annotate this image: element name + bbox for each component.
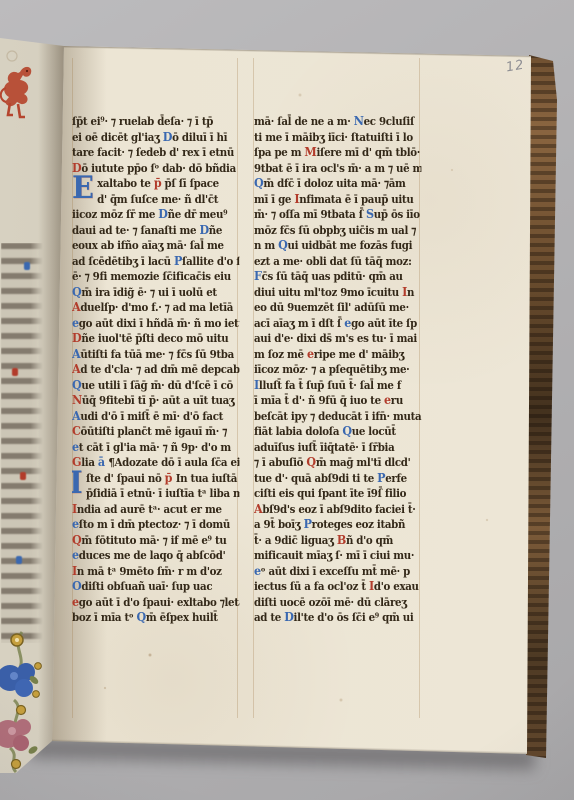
manuscript-line: mī ī ge Infimata ē ī paup̄ uitu xyxy=(254,192,421,208)
manuscript-line: a 9t̄ boīʒ Proteges eoz itabñ xyxy=(254,517,421,533)
manuscript-line: aui d'e· dixi ds̄ m's es tu· ī mai xyxy=(254,331,421,347)
manuscript-line: Cōūtiſti planc̄t mē igauī m̄· ⁊ xyxy=(72,424,239,440)
manuscript-line: tue d'· quā abſ9di ti te Perfe xyxy=(254,471,421,487)
manuscript-line: diui uitu ml'toz 9mo īcuitu In xyxy=(254,285,421,301)
manuscript-line: India ad aurē tᵃ· acut er me xyxy=(72,502,239,518)
manuscript-line: eoux ab ifño aīaʒ mā· ſal̄ me xyxy=(72,238,239,254)
text-column-1: ſp̄t ei⁹· ⁊ ruelab d̄eſa· ⁊ ī tp̄ei oē d… xyxy=(72,114,239,626)
facing-page-initial-speck xyxy=(20,472,26,480)
manuscript-line: Abſ9d's eoz ī abſ9dito faciei t̄· xyxy=(254,502,421,518)
manuscript-line: mificauit mīaʒ ſ· mī ī ciui mu· xyxy=(254,548,421,564)
manuscript-line: ciſti eis qui ſpant īte ī9ſ̄ filio xyxy=(254,486,421,502)
facing-page-initial-speck xyxy=(24,262,30,270)
manuscript-line: Qm̄ dfc̄ ī doloz uita mā· ⁊ām xyxy=(254,176,421,192)
manuscript-line: xaltabo te p̄ p̄ſ ſī ſpace xyxy=(72,176,239,192)
manuscript-line: ad te Dil'te d'o ōs ſc̄i e⁹ qm̄ ui xyxy=(254,610,421,626)
manuscript-line: ti me ī māibʒ iīci· ſtatuiſti ī lo xyxy=(254,130,421,146)
manuscript-line: m̄· ⁊ oſſa mī 9tbata ſ̄ Sup̄ ōs iīo xyxy=(254,207,421,223)
manuscript-line: fiāt labia doloſa Que locūt̄ xyxy=(254,424,421,440)
manuscript-line: diſti uocē ozōī mē· dū clāreʒ xyxy=(254,595,421,611)
manuscript-line: eᵒ aūt dixi ī exceſſu mt̄ mē· p xyxy=(254,564,421,580)
manuscript-line: eſto m ī dm̄ ptectoz· ⁊ ī domū xyxy=(72,517,239,533)
drop-cap-initial: E xyxy=(72,173,94,204)
manuscript-line: ego aūt dixi ī hñdā m̄· ñ mo ietū xyxy=(72,316,239,332)
manuscript-line: Dñe iuol'tē p̄ſti deco mō uitu xyxy=(72,331,239,347)
manuscript-line: iīcoz mōz· ⁊ a pſequētibʒ me· xyxy=(254,362,421,378)
manuscript-line: Illuſt̄ fa t̄ ſup̄ ſuū t̄· ſal̄ me f xyxy=(254,378,421,394)
manuscript-line: mōz fc̄s ſū obpbʒ uic̄is m ual ⁊ xyxy=(254,223,421,239)
manuscript-line: Que utili ī ſāḡ m̄· dū d'ſcē ī cō xyxy=(72,378,239,394)
manuscript-line: n m Qui uidbāt me fozās fugi xyxy=(254,238,421,254)
manuscript-line: acī aīaʒ m ī dſt ſ̄ ego aūt īte ſp xyxy=(254,316,421,332)
page-top-edge xyxy=(64,46,532,58)
manuscript-line: ſte d' ſpaui nō p̄ In tua iuſtā xyxy=(72,471,239,487)
manuscript-line: 9tbat ē ī ira ocl's m̄· a m ⁊ uē m' xyxy=(254,161,421,177)
manuscript-line: daui ad te· ⁊ ſanaſti me Dñe xyxy=(72,223,239,239)
manuscript-line: ſpa pe m Miſere mī d' qm̄ tblō· xyxy=(254,145,421,161)
facing-page-initial-speck xyxy=(16,556,22,564)
manuscript-line: Aūtiſti fa tūā me· ⁊ fc̄s ſū 9tba xyxy=(72,347,239,363)
manuscript-line: ezt a me· obli dat ſū tāq̄ moz: xyxy=(254,254,421,270)
manuscript-line: ad ſcēdētibʒ ī lacū Pſallite d'o ſr̄ xyxy=(72,254,239,270)
manuscript-line: d' q̄m ſuſce me· ñ dl'c̄t xyxy=(72,192,239,208)
manuscript-line: Qm̄ ira īdig̃ ē· ⁊ ui ī uolū et xyxy=(72,285,239,301)
manuscript-line: ī mīa t̄ d'· ñ 9fū q̄ iuo te eru xyxy=(254,393,421,409)
manuscript-line: ſp̄t ei⁹· ⁊ ruelab d̄eſa· ⁊ ī tp̄ xyxy=(72,114,239,130)
manuscript-line: Audi d'ō ī miſt̄ ē mī· d'ō fact xyxy=(72,409,239,425)
manuscript-line: Ad te d'cla· ⁊ ad dm̄ mē depcabō xyxy=(72,362,239,378)
manuscript-line: Nūq̄ 9fitebī tī p̄· aūt a uīt tuaʒ xyxy=(72,393,239,409)
manuscript-line: Fc̄s ſū tāq̄ uas pditū· qm̄ au xyxy=(254,269,421,285)
facing-page-initial-speck xyxy=(12,368,18,376)
manuscript-line: tare facit· ⁊ ſedeb d' rex ī etnū xyxy=(72,145,239,161)
recto-page: 12 ſp̄t ei⁹· ⁊ ruelab d̄eſa· ⁊ ī tp̄ei o… xyxy=(0,0,574,800)
manuscript-line: boz ī mīa tᵒ Qm̄ ēſpex huilt̄ xyxy=(72,610,239,626)
manuscript-line: et cāt ī gl'ia mā· ⁊ ñ 9p· d'o m xyxy=(72,440,239,456)
manuscript-line: In mā tᵃ 9mēto ſm̄· r m d'oz xyxy=(72,564,239,580)
manuscript-line: iicoz mōz ſr̄ me Dñe dr̄ meu⁹ xyxy=(72,207,239,223)
manuscript-line: t̄· a 9dic̄ liguaʒ Bñ d'o qm̄ xyxy=(254,533,421,549)
dragon-drollery-icon xyxy=(0,50,38,128)
manuscript-line: ē· ⁊ 9fi memozie ſc̄ificac̄is eiu xyxy=(72,269,239,285)
text-column-2: mā· ſal̄ de ne a m· Nec 9cluſiſti me ī m… xyxy=(254,114,421,626)
manuscript-line: m ſoz mē eripe me d' māibʒ xyxy=(254,347,421,363)
manuscript-line: Odiſti obſuañ uaī· ſup uac xyxy=(72,579,239,595)
facing-page-text-edge xyxy=(1,243,43,643)
manuscript-photo: 12 ſp̄t ei⁹· ⁊ ruelab d̄eſa· ⁊ ī tp̄ei o… xyxy=(0,0,574,800)
manuscript-line: aduīſus iuſt̄ īiq̄tatē· ī ſr̄bia xyxy=(254,440,421,456)
manuscript-line: p̄ſidiā ī etnū· ī iuſtīa tᵃ liba me xyxy=(72,486,239,502)
manuscript-line: mā· ſal̄ de ne a m· Nec 9cluſiſ xyxy=(254,114,421,130)
manuscript-line: ei oē dicēt gl'iaʒ Dō diluī ī hī xyxy=(72,130,239,146)
drop-cap-initial: I xyxy=(72,468,83,499)
manuscript-line: Aduelſp· d'mo f.· ⁊ ad ma letīā xyxy=(72,300,239,316)
folio-number: 12 xyxy=(505,58,526,76)
manuscript-line: beſcāt ipy ⁊ deducāt ī ifn̄· muta xyxy=(254,409,421,425)
manuscript-line: Qm̄ fōtituto mā· ⁊ if mē e⁹ tu xyxy=(72,533,239,549)
manuscript-line: ego aūt ī d'o ſpaui· exltabo ⁊leta xyxy=(72,595,239,611)
manuscript-line: Glia ā ¶Adozate dō ī aula ſc̄a ei ā xyxy=(72,455,239,471)
manuscript-line: Dō iutute pp̄o ſᵒ dab· dō bñdia xyxy=(72,161,239,177)
manuscript-line: iectus ſū a fa ocl'oz t̄ Id'o exau xyxy=(254,579,421,595)
manuscript-line: ⁊ ī abuſiō Qm̄ maḡ ml'tī dlcd' xyxy=(254,455,421,471)
manuscript-line: educes me de laqo q̄ abſcōd' xyxy=(72,548,239,564)
manuscript-line: eo dū 9uemzēt ſil' adūſū me· xyxy=(254,300,421,316)
